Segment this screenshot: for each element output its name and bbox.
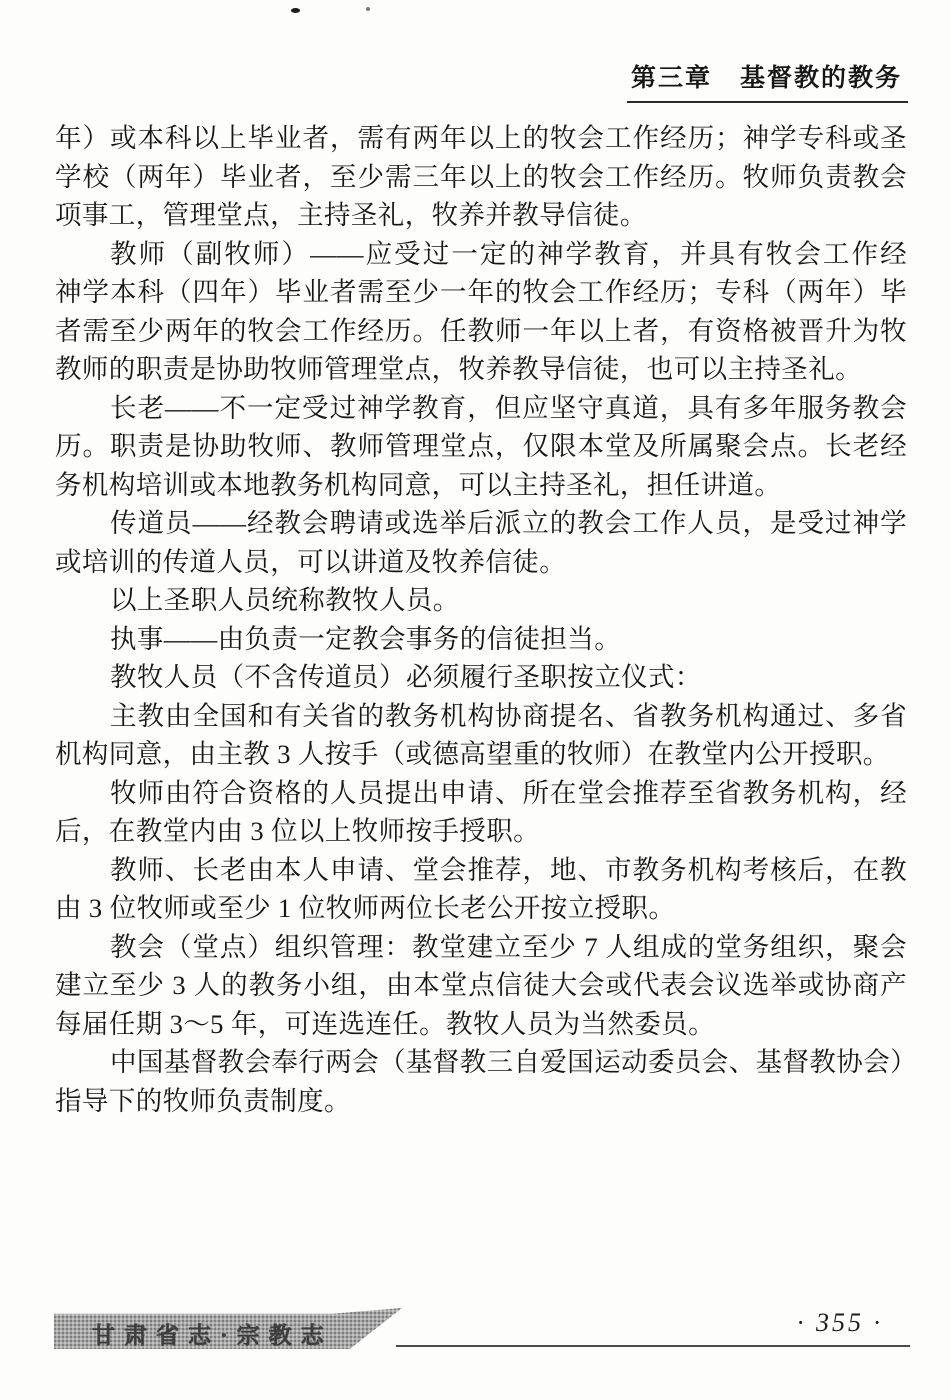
series-title: 甘肃省志·宗教志 [54, 1308, 402, 1350]
body-line: 传道员——经教会聘请或选举后派立的教会工作人员，是受过神学教育 [55, 504, 907, 543]
body-line: 教师（副牧师）——应受过一定的神学教育，并具有牧会工作经历。 [55, 235, 907, 274]
body-line: 学校（两年）毕业者，至少需三年以上的牧会工作经历。牧师负责教会各 [55, 158, 907, 197]
body-line: 教师的职责是协助牧师管理堂点，牧养教导信徒，也可以主持圣礼。 [55, 350, 907, 389]
body-line: 者需至少两年的牧会工作经历。任教师一年以上者，有资格被晋升为牧师。 [55, 312, 907, 351]
scanned-book-page: 第三章基督教的教务 年）或本科以上毕业者，需有两年以上的牧会工作经历；神学专科或… [0, 0, 950, 1400]
body-line: 项事工，管理堂点，主持圣礼，牧养并教导信徒。 [55, 196, 907, 235]
body-line: 神学本科（四年）毕业者需至少一年的牧会工作经历；专科（两年）毕业 [55, 273, 907, 312]
footer-rule [396, 1345, 910, 1347]
body-line: 教会（堂点）组织管理：教堂建立至少 7 人组成的堂务组织，聚会点 [55, 928, 907, 967]
body-line: 指导下的牧师负责制度。 [55, 1082, 907, 1121]
body-line: 长老——不一定受过神学教育，但应坚守真道，具有多年服务教会的经 [55, 389, 907, 428]
body-line: 主教由全国和有关省的教务机构协商提名、省教务机构通过、多省教务 [55, 697, 907, 736]
body-line: 年）或本科以上毕业者，需有两年以上的牧会工作经历；神学专科或圣经 [55, 119, 907, 158]
scan-speck [366, 7, 370, 11]
body-text: 年）或本科以上毕业者，需有两年以上的牧会工作经历；神学专科或圣经学校（两年）毕业… [55, 119, 907, 1120]
body-line: 由 3 位牧师或至少 1 位牧师两位长老公开按立授职。 [55, 889, 907, 928]
scan-speck [291, 8, 300, 13]
body-line: 后，在教堂内由 3 位以上牧师按手授职。 [55, 812, 907, 851]
body-line: 教师、长老由本人申请、堂会推荐，地、市教务机构考核后，在教堂内 [55, 851, 907, 890]
chapter-title: 基督教的教务 [740, 65, 902, 92]
body-line: 每届任期 3～5 年，可连选连任。教牧人员为当然委员。 [55, 1005, 907, 1044]
body-line: 历。职责是协助牧师、教师管理堂点，仅限本堂及所属聚会点。长老经省教 [55, 427, 907, 466]
body-line: 牧师由符合资格的人员提出申请、所在堂会推荐至省教务机构，经考核 [55, 774, 907, 813]
body-line: 中国基督教会奉行两会（基督教三自爱国运动委员会、基督教协会） [55, 1043, 907, 1082]
series-banner: 甘肃省志·宗教志 [54, 1308, 402, 1349]
body-line: 以上圣职人员统称教牧人员。 [55, 581, 907, 620]
running-head: 第三章基督教的教务 [627, 58, 908, 103]
body-line: 务机构培训或本地教务机构同意，可以主持圣礼，担任讲道。 [55, 466, 907, 505]
chapter-number: 第三章 [631, 65, 712, 92]
page-number: · 355 · [780, 1308, 900, 1338]
body-line: 或培训的传道人员，可以讲道及牧养信徒。 [55, 543, 907, 582]
body-line: 机构同意，由主教 3 人按手（或德高望重的牧师）在教堂内公开授职。 [55, 735, 907, 774]
body-line: 教牧人员（不含传道员）必须履行圣职按立仪式： [55, 658, 907, 697]
body-line: 执事——由负责一定教会事务的信徒担当。 [55, 620, 907, 659]
body-line: 建立至少 3 人的教务小组，由本堂点信徒大会或代表会议选举或协商产生， [55, 966, 907, 1005]
